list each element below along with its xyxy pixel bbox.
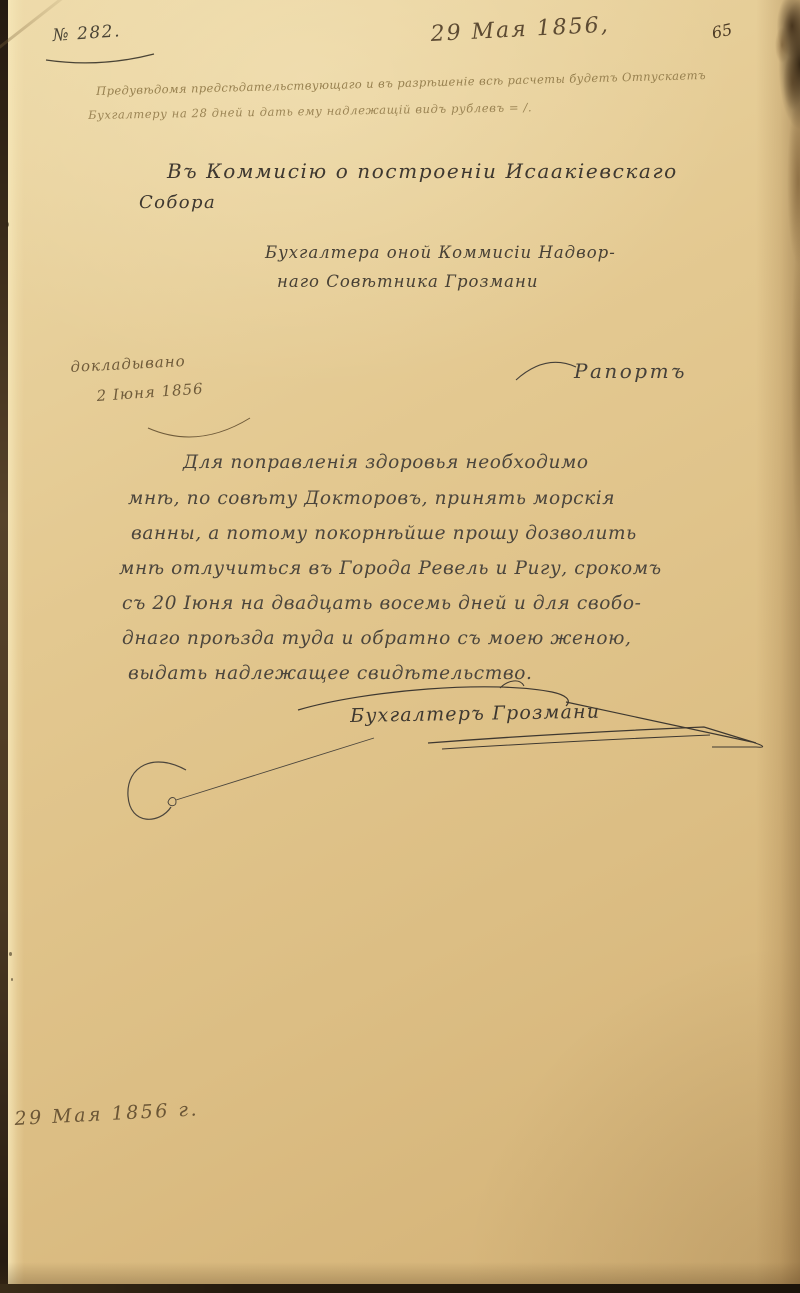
body-line: ванны, а потому покорнѣйше прошу дозволи… (131, 523, 637, 544)
address-line1: Въ Коммисію о построеніи Исаакіевскаго (167, 159, 678, 183)
ink-speck (6, 222, 9, 227)
ink-speck (11, 978, 13, 981)
folio-page-number: 65 (710, 20, 734, 43)
address-line2: Собора (139, 192, 216, 213)
sender-line2: наго Совѣтника Грозмани (277, 272, 538, 291)
date-bottom: 29 Мая 1856 г. (14, 1098, 200, 1130)
paraph-knot (168, 798, 176, 806)
page-fold-left (8, 0, 24, 1293)
scan-border-bottom (0, 1284, 800, 1293)
document-number: № 282. (52, 21, 122, 46)
signature-grozmani: Бухгалтеръ Грозмани (350, 701, 600, 727)
margin-note-reported: докладывано (70, 352, 186, 376)
margin-note-flourish (148, 418, 250, 437)
body-line: Для поправленія здоровья необходимо (183, 452, 589, 473)
heading-swash (516, 362, 576, 380)
shadow-bottom (0, 1262, 800, 1284)
paraph-c-loop (128, 762, 186, 819)
scan-border-left (0, 0, 8, 1293)
body-line: выдать надлежащее свидѣтельство. (128, 663, 532, 684)
sender-line1: Бухгалтера оной Коммисіи Надвор- (265, 243, 616, 262)
body-line: мнѣ отлучиться въ Города Ревель и Ригу, … (119, 558, 662, 579)
date-top: 29 Мая 1856, (430, 13, 610, 47)
signature-underline-1 (428, 727, 756, 743)
margin-note-date: 2 Іюня 1856 (96, 380, 204, 405)
stain-top-right (740, 0, 800, 150)
faint-resolution-note-line2: Бухгалтеру на 28 дней и дать ему надлежа… (88, 100, 532, 122)
faint-resolution-note-line1: Предувѣдомя предсѣдательствующаго и въ р… (96, 68, 706, 98)
body-line: днаго проѣзда туда и обратно съ моею жен… (122, 628, 631, 649)
body-line: мнѣ, по совѣту Докторовъ, принять морскі… (128, 488, 615, 509)
body-line: съ 20 Іюня на двадцать восемь дней и для… (122, 593, 641, 614)
paraph-diagonal-line (176, 738, 374, 800)
report-heading: Рапортъ (574, 359, 687, 383)
page-edge-right (756, 0, 800, 1293)
signature-underline-2 (442, 735, 710, 749)
ink-speck (9, 952, 12, 956)
manuscript-page: № 282. 29 Мая 1856, 65 Предувѣдомя предс… (0, 0, 800, 1293)
doc-number-underline (46, 54, 154, 63)
